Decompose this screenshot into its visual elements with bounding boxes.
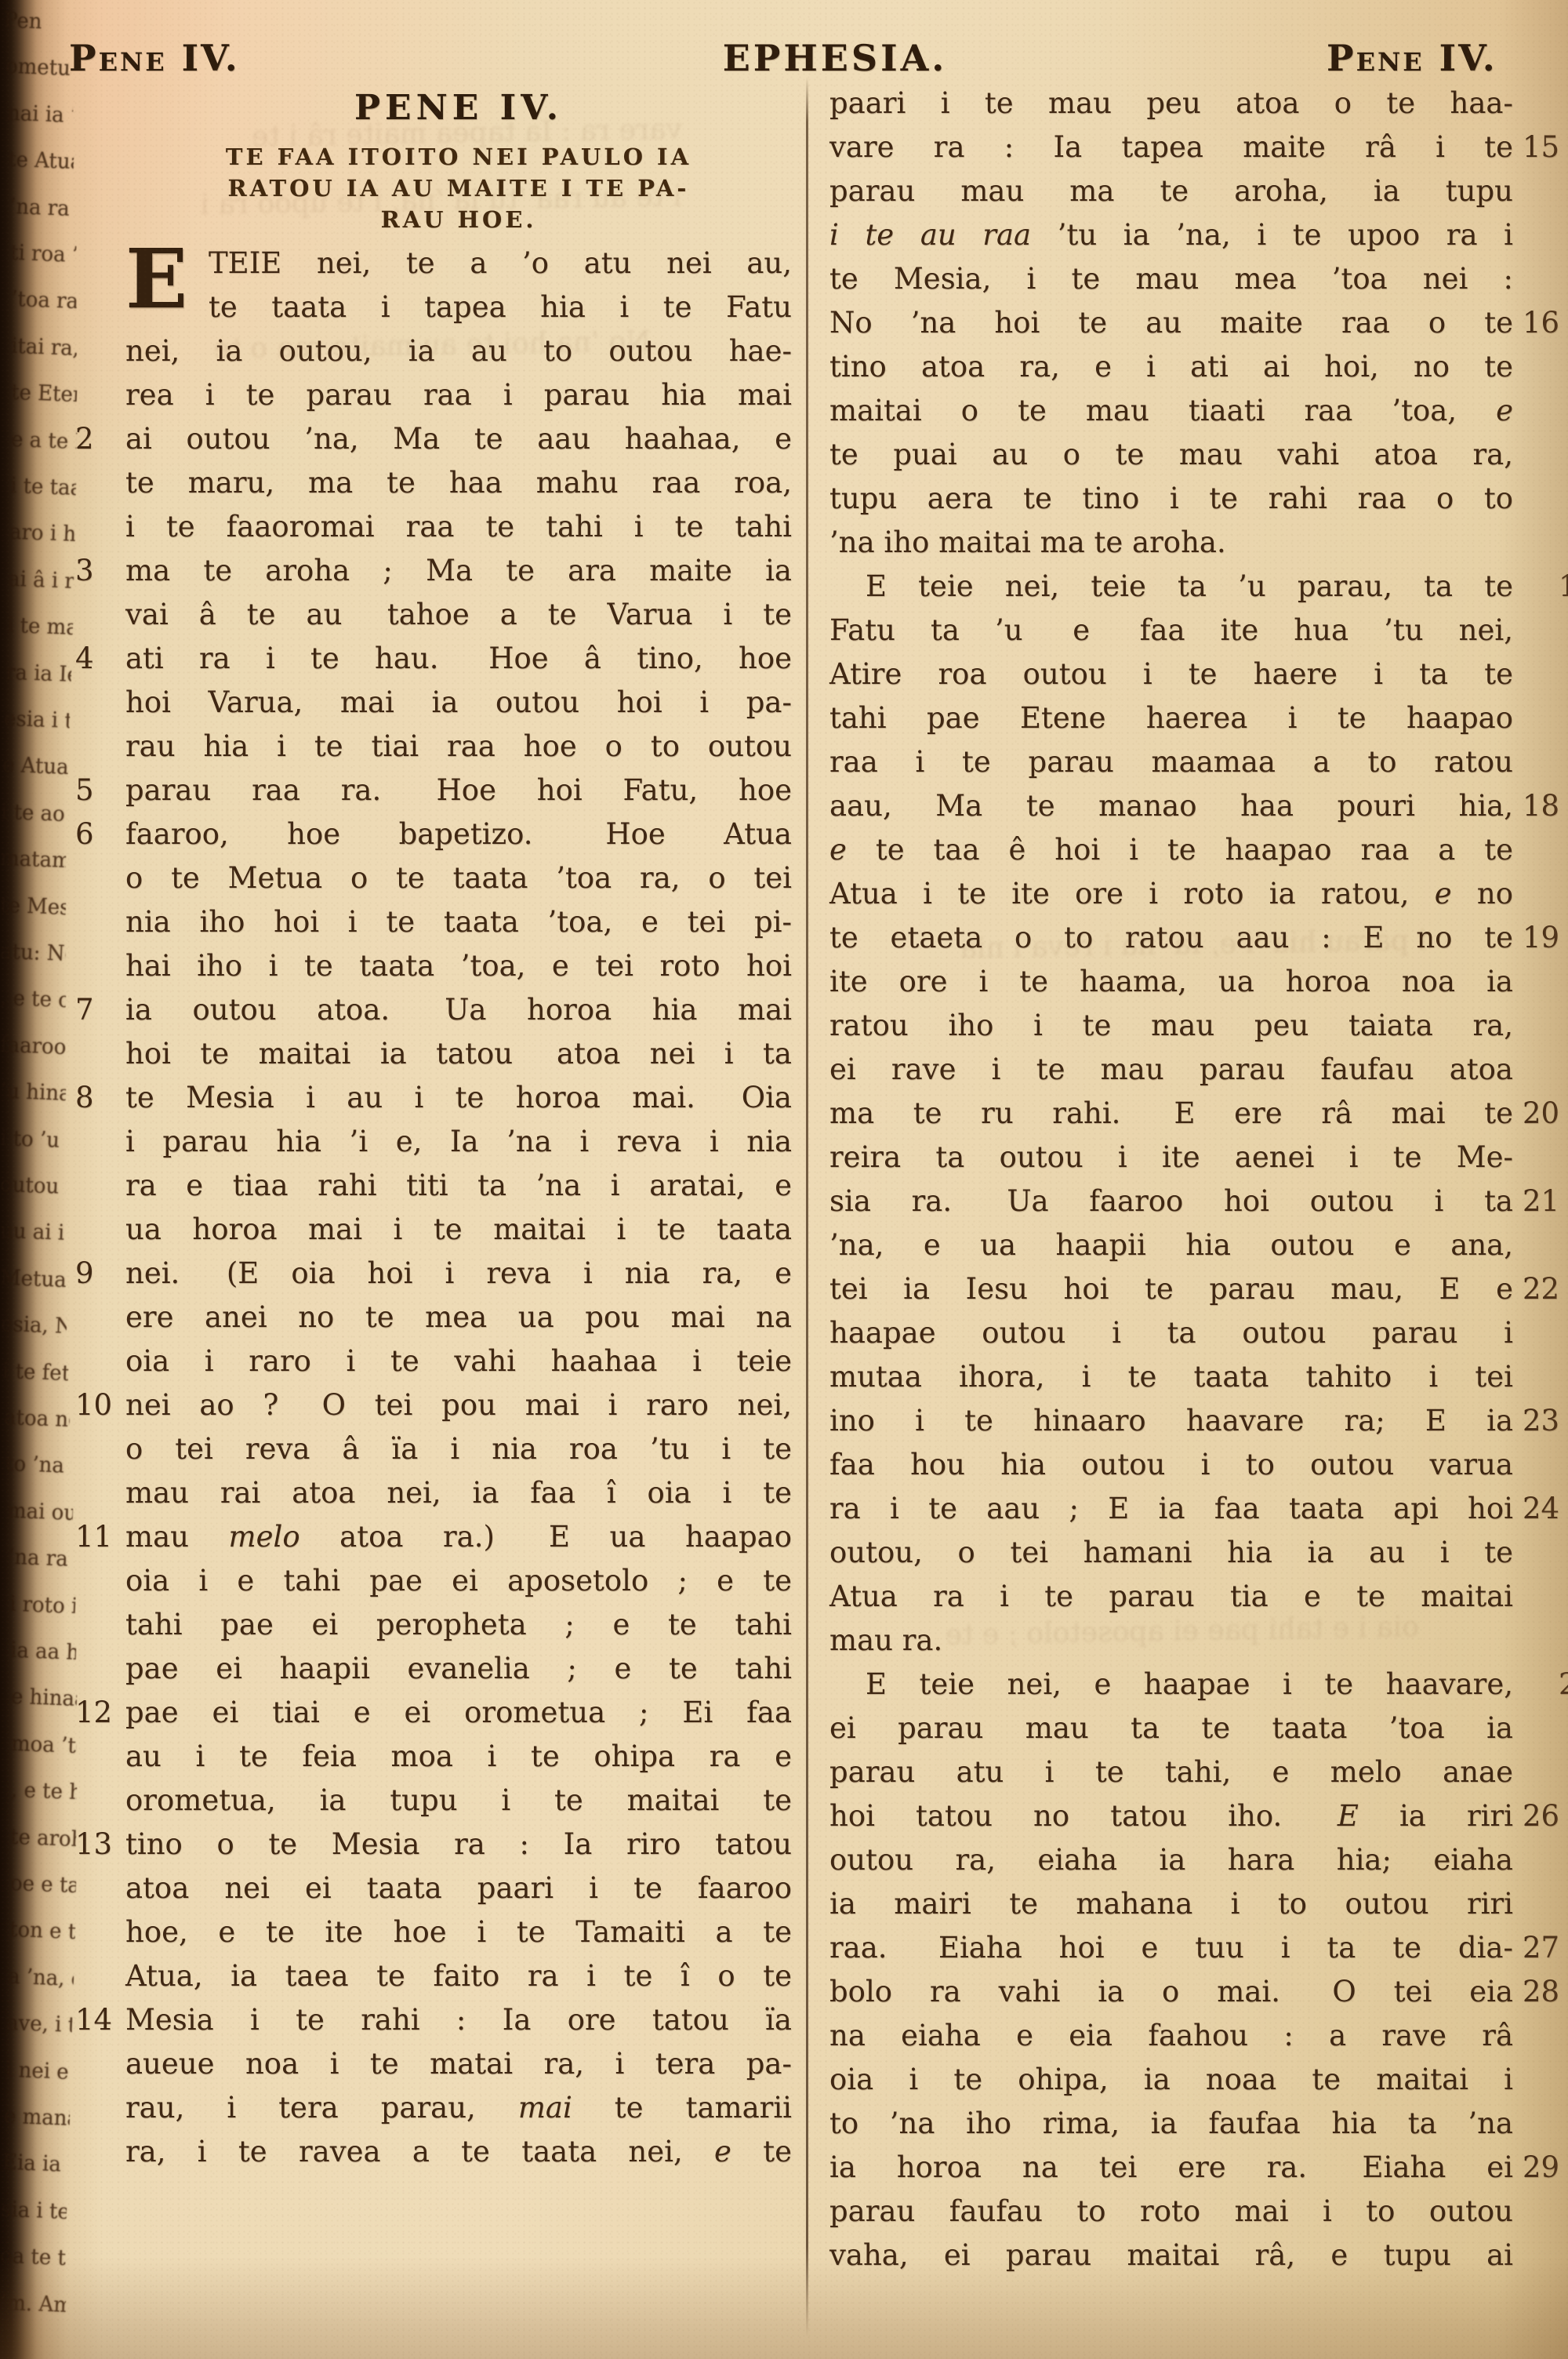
- italic-text: e: [829, 833, 847, 867]
- verse-line: te maru, ma te haa mahu raa roa,: [125, 461, 792, 505]
- verse-text: ra e tiaa rahi titi ta ’na i aratai, e: [125, 1169, 792, 1202]
- verse-line: 2ai outou ’na, Ma te aau haahaa, e: [125, 417, 792, 461]
- verse-line: ua horoa mai i te maitai i te taata: [125, 1208, 792, 1252]
- verse-text: o te Metua o te taata ’toa ra, o tei: [125, 861, 792, 895]
- verse-text: ’na, e ua haapii hia outou e ana,: [829, 1228, 1513, 1262]
- verse-line: TEIE nei, te a ’o atu nei au,: [125, 242, 792, 285]
- verse-line: oia i te ohipa, ia noaa te maitai i: [829, 2058, 1513, 2102]
- verse-text: raa i te parau maamaa a to ratou: [829, 745, 1513, 779]
- verse-line: 15vare ra : Ia tapea maite râ i te: [829, 125, 1513, 169]
- verse-text: ma te aroha ; Ma te ara maite ia: [125, 554, 792, 587]
- verse-text: rau hia i te tiai raa hoe o to outou: [125, 729, 792, 763]
- verse-text: pae ei haapii evanelia ; e te tahi: [125, 1652, 792, 1685]
- verse-line: oia i e tahi pae ei aposetolo ; e te: [125, 1559, 792, 1603]
- verse-text: nia iho hoi i te taata ’toa, e tei pi-: [125, 905, 792, 939]
- verse-line: 12pae ei tiai e ei orometua ; Ei faa: [125, 1691, 792, 1735]
- verse-text: hoi Varua, mai ia outou hoi i pa-: [125, 685, 792, 719]
- verse-text: ua horoa mai i te maitai i te taata: [125, 1212, 792, 1246]
- verse-text: tei ia Iesu hoi te parau mau, E e: [829, 1272, 1513, 1306]
- verse-text: aau, Ma te manao haa pouri hia,: [829, 789, 1513, 823]
- verse-number: 4: [75, 637, 116, 681]
- verse-text: ere anei no te mea ua pou mai na: [125, 1300, 792, 1334]
- verse-text: ma te ru rahi. E ere râ mai te: [829, 1096, 1513, 1130]
- verse-line: ite ore i te haama, ua horoa noa ia: [829, 960, 1513, 1004]
- verse-line: 28bolo ra vahi ia o mai. O tei eia: [829, 1970, 1513, 2014]
- verse-line: rau hia i te tiai raa hoe o to outou: [125, 725, 792, 769]
- verse-number: 10: [75, 1383, 116, 1427]
- verse-text: tupu aera te tino i te rahi raa o to: [829, 482, 1513, 515]
- verse-text: Mesia i te rahi : Ia ore tatou ïa: [125, 2003, 792, 2037]
- verse-text: ei parau mau ta te taata ’toa ia: [829, 1711, 1513, 1745]
- verse-text: hoi tatou no tatou iho.: [829, 1799, 1338, 1833]
- verse-line: te puai au o te mau vahi atoa ra,: [829, 433, 1513, 477]
- verse-number: 8: [75, 1076, 116, 1120]
- verse-line: 7ia outou atoa. Ua horoa hia mai: [125, 988, 792, 1032]
- verse-text: tahi pae ei peropheta ; e te tahi: [125, 1608, 792, 1641]
- italic-text: melo: [229, 1520, 300, 1554]
- verse-line: aueue noa i te matai ra, i tera pa-: [125, 2042, 792, 2086]
- verse-line: 4ati ra i te hau. Hoe â tino, hoe: [125, 637, 792, 681]
- verse-text: oia i e tahi pae ei aposetolo ; e te: [125, 1564, 792, 1598]
- verse-text: vare ra : Ia tapea maite râ i te: [829, 130, 1513, 164]
- verse-text: bolo ra vahi ia o mai. O tei eia: [829, 1975, 1513, 2008]
- verse-text: i parau hia ’i e, Ia ’na i reva i nia: [125, 1125, 792, 1158]
- verse-line: raa i te parau maamaa a to ratou: [829, 740, 1513, 784]
- verse-line: tahi pae ei peropheta ; e te tahi: [125, 1603, 792, 1647]
- verse-line: outou, o tei hamani hia ia au i te: [829, 1531, 1513, 1575]
- verse-text: tino atoa ra, e i ati ai hoi, no te: [829, 350, 1513, 383]
- verse-text: aueue noa i te matai ra, i tera pa-: [125, 2047, 792, 2081]
- verse-text: parau mau ma te aroha, ia tupu: [829, 174, 1513, 208]
- verse-line: na eiaha e eia faahou : a rave râ: [829, 2014, 1513, 2058]
- verse-text: te tamarii: [572, 2091, 792, 2125]
- verse-line: nei, ia outou, ia au to outou hae-: [125, 329, 792, 373]
- verse-number: 13: [75, 1823, 116, 1866]
- verse-line: oia i raro i te vahi haahaa i teie: [125, 1339, 792, 1383]
- verse-line: o tei reva â ïa i nia roa ’tu i te: [125, 1427, 792, 1471]
- verse-text: vai â te au tahoe a te Varua i te: [125, 598, 792, 631]
- verse-text: parau atu i te tahi, e melo anae: [829, 1755, 1513, 1789]
- verse-text: Atua, ia taea te faito ra i te î o te: [125, 1959, 792, 1993]
- italic-text: E: [1338, 1799, 1359, 1833]
- verse-line: 10nei ao ? O tei pou mai i raro nei,: [125, 1383, 792, 1427]
- verse-text: te Mesia i au i te horoa mai. Oia: [125, 1081, 792, 1114]
- verse-line: Atua i te ite ore i roto ia ratou, e no: [829, 872, 1513, 916]
- verse-text: mutaa ihora, i te taata tahito i tei: [829, 1360, 1513, 1394]
- verse-text: oia i raro i te vahi haahaa i teie: [125, 1344, 792, 1378]
- verse-text: TEIE nei, te a ’o atu nei au,: [209, 246, 792, 280]
- verse-number: 2: [75, 417, 116, 461]
- verse-text: nei ao ? O tei pou mai i raro nei,: [125, 1388, 792, 1422]
- verse-text: au i te feia moa i te ohipa ra e: [125, 1739, 792, 1773]
- verse-line: rea i te parau raa i parau hia mai: [125, 373, 792, 417]
- verse-line: 21sia ra. Ua faaroo hoi outou i ta: [829, 1179, 1513, 1223]
- left-column-text: E TEIE nei, te a ’o atu nei au,te taata …: [125, 242, 792, 2174]
- verse-line: ei rave i te mau parau faufau atoa: [829, 1048, 1513, 1092]
- right-column: paari i te mau peu atoa o te haa-15vare …: [829, 75, 1513, 2277]
- verse-text: ino i te hinaaro haavare ra; E ia: [829, 1404, 1513, 1438]
- verse-line: tahi pae Etene haerea i te haapao: [829, 696, 1513, 740]
- verse-text: E teie nei, e haapae i te haavare,: [866, 1667, 1513, 1701]
- verse-text: orometua, ia tupu i te maitai te: [125, 1783, 792, 1817]
- verse-text: ra, i te ravea a te taata nei,: [125, 2135, 714, 2168]
- verse-line: maitai o te mau tiaati raa ’toa, e: [829, 389, 1513, 433]
- verse-text: atoa nei ei taata paari i te faaroo: [125, 1871, 792, 1905]
- verse-line: 29ia horoa na tei ere ra. Eiaha ei: [829, 2146, 1513, 2190]
- verse-number: 14: [75, 1998, 116, 2042]
- verse-text: ia riri: [1359, 1799, 1513, 1833]
- verse-text: te puai au o te mau vahi atoa ra,: [829, 438, 1513, 471]
- verse-text: tino o te Mesia ra : Ia riro tatou: [125, 1827, 792, 1861]
- verse-text: Fatu ta ’u e faa ite hua ’tu nei,: [829, 613, 1513, 647]
- chapter-heading: PENE IV.: [125, 88, 792, 129]
- verse-text: paari i te mau peu atoa o te haa-: [829, 86, 1513, 120]
- verse-line: 17E teie nei, teie ta ’u parau, ta te: [829, 565, 1513, 609]
- verse-text: reira ta outou i ite aenei i te Me-: [829, 1140, 1513, 1174]
- verse-text: outou, o tei hamani hia ia au i te: [829, 1536, 1513, 1569]
- verse-line: i te faaoromai raa te tahi i te tahi: [125, 505, 792, 549]
- verse-text: Atua i te ite ore i roto ia ratou,: [829, 877, 1435, 911]
- verse-text: ia outou atoa. Ua horoa hia mai: [125, 993, 792, 1027]
- page-bottom-shadow: [0, 2257, 1568, 2359]
- verse-line: 13tino o te Mesia ra : Ia riro tatou: [125, 1823, 792, 1866]
- running-head-right: Pene IV.: [1327, 35, 1497, 82]
- left-column: PENE IV. TE FAA ITOITO NEI PAULO IARATOU…: [125, 72, 792, 2174]
- verse-text: haapae outou i ta outou parau i: [829, 1316, 1513, 1350]
- italic-text: mai: [518, 2091, 572, 2125]
- verse-line: 16No ’na hoi te au maite raa o te: [829, 301, 1513, 345]
- verse-text: nei. (E oia hoi i reva i nia ra, e: [125, 1256, 792, 1290]
- verse-line: e te taa ê hoi i te haapao raa a te: [829, 828, 1513, 872]
- page-right-shadow: [1497, 0, 1568, 2359]
- verse-line: mau rai atoa nei, ia faa î oia i te: [125, 1471, 792, 1515]
- verse-line: ei parau mau ta te taata ’toa ia: [829, 1707, 1513, 1750]
- verse-line: 25E teie nei, e haapae i te haavare,: [829, 1663, 1513, 1707]
- verse-text: te Mesia, i te mau mea ’toa nei :: [829, 262, 1513, 296]
- verse-text: o tei reva â ïa i nia roa ’tu i te: [125, 1432, 792, 1466]
- verse-text: mau ra.: [829, 1623, 942, 1657]
- verse-text: Atua ra i te parau tia e te maitai: [829, 1579, 1513, 1613]
- verse-line: parau atu i te tahi, e melo anae: [829, 1750, 1513, 1794]
- verse-text: atoa ra.) E ua haapao: [300, 1520, 792, 1554]
- verse-line: 11mau melo atoa ra.) E ua haapao: [125, 1515, 792, 1559]
- verse-number: 7: [75, 988, 116, 1032]
- verse-text: hoe, e te ite hoe i te Tamaiti a te: [125, 1915, 792, 1949]
- verse-number: 3: [75, 549, 116, 593]
- chapter-summary-line: TE FAA ITOITO NEI PAULO IA: [125, 141, 792, 173]
- verse-text: ite ore i te haama, ua horoa noa ia: [829, 965, 1513, 998]
- verse-line: rau, i tera parau, mai te tamarii: [125, 2086, 792, 2130]
- verse-line: to ’na iho rima, ia faufaa hia ta ’na: [829, 2102, 1513, 2146]
- verse-line: 24ra i te aau ; E ia faa taata api hoi: [829, 1487, 1513, 1531]
- verse-line: 18aau, Ma te manao haa pouri hia,: [829, 784, 1513, 828]
- verse-text: ai outou ’na, Ma te aau haahaa, e: [125, 422, 792, 456]
- verse-text: ei rave i te mau parau faufau atoa: [829, 1052, 1513, 1086]
- verse-text: mau rai atoa nei, ia faa î oia i te: [125, 1476, 792, 1510]
- verse-line: 14Mesia i te rahi : Ia ore tatou ïa: [125, 1998, 792, 2042]
- column-divider-rule: [806, 77, 808, 2337]
- verse-line: ’na, e ua haapii hia outou e ana,: [829, 1223, 1513, 1267]
- gutter-inner-shadow: [0, 0, 36, 2359]
- verse-text: te taa ê hoi i te haapao raa a te: [847, 833, 1513, 867]
- verse-text: oia i te ohipa, ia noaa te maitai i: [829, 2063, 1513, 2096]
- verse-line: ra e tiaa rahi titi ta ’na i aratai, e: [125, 1164, 792, 1208]
- verse-line: au i te feia moa i te ohipa ra e: [125, 1735, 792, 1779]
- verse-text: to ’na iho rima, ia faufaa hia ta ’na: [829, 2106, 1513, 2140]
- chapter-summary-line: RATOU IA AU MAITE I TE PA-: [125, 173, 792, 204]
- verse-text: sia ra. Ua faaroo hoi outou i ta: [829, 1184, 1513, 1218]
- verse-text: faa hou hia outou i to outou varua: [829, 1448, 1513, 1481]
- verse-line: tupu aera te tino i te rahi raa o to: [829, 477, 1513, 521]
- verse-line: 20ma te ru rahi. E ere râ mai te: [829, 1092, 1513, 1136]
- verse-text: mau: [125, 1520, 229, 1554]
- verse-line: orometua, ia tupu i te maitai te: [125, 1779, 792, 1823]
- verse-line: 5parau raa ra. Hoe hoi Fatu, hoe: [125, 769, 792, 812]
- verse-line: paari i te mau peu atoa o te haa-: [829, 82, 1513, 125]
- verse-line: ratou iho i te mau peu taiata ra,: [829, 1004, 1513, 1048]
- verse-number: 5: [75, 769, 116, 812]
- verse-line: te Mesia, i te mau mea ’toa nei :: [829, 257, 1513, 301]
- verse-text: ’tu ia ’na, i te upoo ra i: [1031, 218, 1513, 252]
- verse-text: rau, i tera parau,: [125, 2091, 518, 2125]
- verse-line: 3ma te aroha ; Ma te ara maite ia: [125, 549, 792, 593]
- verse-line: 26hoi tatou no tatou iho. E ia riri: [829, 1794, 1513, 1838]
- verse-number: 12: [75, 1691, 116, 1735]
- verse-line: outou ra, eiaha ia hara hia; eiaha: [829, 1838, 1513, 1882]
- verse-line: haapae outou i ta outou parau i: [829, 1311, 1513, 1355]
- verse-number: 6: [75, 812, 116, 856]
- italic-text: e: [1435, 877, 1452, 911]
- verse-line: 19te etaeta o to ratou aau : E no te: [829, 916, 1513, 960]
- italic-text: i te au raa: [829, 218, 1031, 252]
- verse-text: Atire roa outou i te haere i ta te: [829, 657, 1513, 691]
- verse-text: ia mairi te mahana i to outou riri: [829, 1887, 1513, 1921]
- verse-text: tahi pae Etene haerea i te haapao: [829, 701, 1513, 735]
- verse-text: nei, ia outou, ia au to outou hae-: [125, 334, 792, 368]
- verse-line: 27raa. Eiaha hoi e tuu i ta te dia-: [829, 1926, 1513, 1970]
- verse-line: ere anei no te mea ua pou mai na: [125, 1296, 792, 1339]
- verse-line: hoi Varua, mai ia outou hoi i pa-: [125, 681, 792, 725]
- verse-line: hoe, e te ite hoe i te Tamaiti a te: [125, 1910, 792, 1954]
- verse-text: faaroo, hoe bapetizo. Hoe Atua: [125, 817, 792, 851]
- verse-line: mau ra.: [829, 1619, 1513, 1663]
- chapter-summary-line: RAU HOE.: [125, 204, 792, 235]
- verse-number: 11: [75, 1515, 116, 1559]
- verse-text: pae ei tiai e ei orometua ; Ei faa: [125, 1696, 792, 1729]
- verse-line: hai iho i te taata ’toa, e tei roto hoi: [125, 944, 792, 988]
- verse-line: Atire roa outou i te haere i ta te: [829, 652, 1513, 696]
- verse-line: 6faaroo, hoe bapetizo. Hoe Atua: [125, 812, 792, 856]
- verse-line: Atua, ia taea te faito ra i te î o te: [125, 1954, 792, 1998]
- verse-text: E teie nei, teie ta ’u parau, ta te: [866, 569, 1513, 603]
- verse-text: ia horoa na tei ere ra. Eiaha ei: [829, 2150, 1513, 2184]
- verse-text: parau raa ra. Hoe hoi Fatu, hoe: [125, 773, 792, 807]
- verse-text: te taata i tapea hia i te Fatu: [209, 290, 792, 324]
- verse-text: rea i te parau raa i parau hia mai: [125, 378, 792, 412]
- italic-text: e: [714, 2135, 731, 2168]
- verse-line: Atua ra i te parau tia e te maitai: [829, 1575, 1513, 1619]
- right-column-text: paari i te mau peu atoa o te haa-15vare …: [829, 82, 1513, 2277]
- verse-line: reira ta outou i ite aenei i te Me-: [829, 1136, 1513, 1179]
- verse-line: i parau hia ’i e, Ia ’na i reva i nia: [125, 1120, 792, 1164]
- verse-line: te taata i tapea hia i te Fatu: [125, 285, 792, 329]
- verse-text: hoi te maitai ia tatou atoa nei i ta: [125, 1037, 792, 1070]
- verse-text: i te faaoromai raa te tahi i te tahi: [125, 510, 792, 543]
- verse-line: parau faufau to roto mai i to outou: [829, 2190, 1513, 2234]
- chapter-summary: TE FAA ITOITO NEI PAULO IARATOU IA AU MA…: [125, 141, 792, 235]
- verse-line: 22tei ia Iesu hoi te parau mau, E e: [829, 1267, 1513, 1311]
- verse-line: ra, i te ravea a te taata nei, e te: [125, 2130, 792, 2174]
- verse-line: i te au raa ’tu ia ’na, i te upoo ra i: [829, 213, 1513, 257]
- verse-text: ati ra i te hau. Hoe â tino, hoe: [125, 642, 792, 675]
- verse-line: tino atoa ra, e i ati ai hoi, no te: [829, 345, 1513, 389]
- verse-line: nia iho hoi i te taata ’toa, e tei pi-: [125, 900, 792, 944]
- verse-text: ra i te aau ; E ia faa taata api hoi: [829, 1492, 1513, 1525]
- verse-text: na eiaha e eia faahou : a rave râ: [829, 2019, 1513, 2052]
- verse-number: 9: [75, 1252, 116, 1296]
- verse-line: faa hou hia outou i to outou varua: [829, 1443, 1513, 1487]
- verse-line: 23ino i te hinaaro haavare ra; E ia: [829, 1399, 1513, 1443]
- verse-line: atoa nei ei taata paari i te faaroo: [125, 1866, 792, 1910]
- verse-text: parau faufau to roto mai i to outou: [829, 2194, 1513, 2228]
- verse-line: vai â te au tahoe a te Varua i te: [125, 593, 792, 637]
- verse-text: outou ra, eiaha ia hara hia; eiaha: [829, 1843, 1513, 1877]
- verse-text: te: [731, 2135, 792, 2168]
- verse-line: parau mau ma te aroha, ia tupu: [829, 169, 1513, 213]
- verse-text: hai iho i te taata ’toa, e tei roto hoi: [125, 949, 792, 983]
- verse-text: te etaeta o to ratou aau : E no te: [829, 921, 1513, 954]
- verse-line: pae ei haapii evanelia ; e te tahi: [125, 1647, 792, 1691]
- verse-line: ’na iho maitai ma te aroha.: [829, 521, 1513, 565]
- verse-line: mutaa ihora, i te taata tahito i tei: [829, 1355, 1513, 1399]
- verse-line: 9nei. (E oia hoi i reva i nia ra, e: [125, 1252, 792, 1296]
- verse-line: hoi te maitai ia tatou atoa nei i ta: [125, 1032, 792, 1076]
- scanned-book-page: vare ra : Ia tapea maite râ i tei te au …: [0, 0, 1568, 2359]
- verse-text: No ’na hoi te au maite raa o te: [829, 306, 1513, 340]
- verse-text: ’na iho maitai ma te aroha.: [829, 525, 1226, 559]
- verse-line: o te Metua o te taata ’toa ra, o tei: [125, 856, 792, 900]
- verse-text: maitai o te mau tiaati raa ’toa,: [829, 394, 1496, 427]
- verse-line: ia mairi te mahana i to outou riri: [829, 1882, 1513, 1926]
- verse-text: raa. Eiaha hoi e tuu i ta te dia-: [829, 1931, 1513, 1965]
- verse-line: Fatu ta ’u e faa ite hua ’tu nei,: [829, 609, 1513, 652]
- verse-text: ratou iho i te mau peu taiata ra,: [829, 1009, 1513, 1042]
- verse-text: te maru, ma te haa mahu raa roa,: [125, 466, 792, 500]
- verse-line: 8te Mesia i au i te horoa mai. Oia: [125, 1076, 792, 1120]
